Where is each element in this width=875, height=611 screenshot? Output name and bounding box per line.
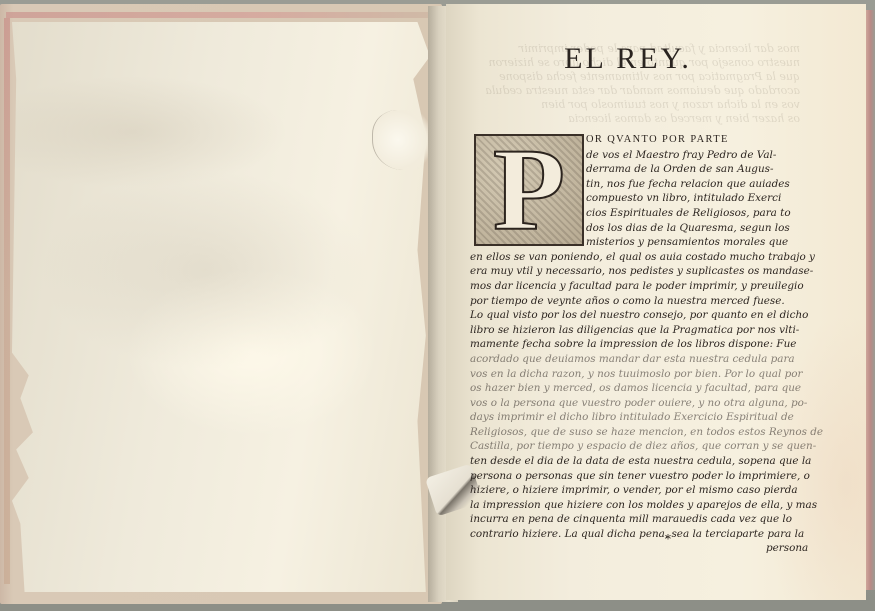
text-line: dos los dias de la Quaresma, segun los xyxy=(470,221,806,236)
text-line: contrario hiziere. La qual dicha pena, s… xyxy=(470,527,806,542)
text-line: ten desde el dia de la data de esta nues… xyxy=(470,454,806,469)
paper-stain xyxy=(40,170,370,370)
text-line: mamente fecha sobre la impression de los… xyxy=(470,337,806,352)
text-line: mos dar licencia y facultad para le pode… xyxy=(470,279,806,294)
text-line: Castilla, por tiempo y espacio de diez a… xyxy=(470,439,806,454)
text-line: por tiempo de veynte años o como la nues… xyxy=(470,294,806,309)
book-spread: mos dar licencia y facultad para le pode… xyxy=(0,0,875,611)
text-line: derrama de la Orden de san Augus- xyxy=(470,162,806,177)
page-fore-edge xyxy=(866,10,875,590)
text-line: libro se hizieron las diligencias que la… xyxy=(470,323,806,338)
catchword: persona xyxy=(766,542,808,554)
text-line: incurra en pena de cinquenta mill maraue… xyxy=(470,512,806,527)
text-line: de vos el Maestro fray Pedro de Val- xyxy=(470,148,806,163)
text-line: en ellos se van poniendo, el qual os aui… xyxy=(470,250,806,265)
text-line: tin, nos fue fecha relacion que auiades xyxy=(470,177,806,192)
privilege-text-block: OR QVANTO POR PARTE de vos el Maestro fr… xyxy=(470,133,806,542)
text-line: Religiosos, que de suso se haze mencion,… xyxy=(470,425,806,440)
text-line: hiziere, o hiziere imprimir, o vender, p… xyxy=(470,483,806,498)
text-line: vos en la dicha razon, y nos tuuimoslo p… xyxy=(470,367,806,382)
text-line: days imprimir el dicho libro intitulado … xyxy=(470,410,806,425)
text-line: era muy vtil y necessario, nos pedistes … xyxy=(470,264,806,279)
text-line: persona o personas que sin tener vuestro… xyxy=(470,469,806,484)
torn-paper-fragment xyxy=(372,110,435,170)
text-line: Lo qual visto por los del nuestro consej… xyxy=(470,308,806,323)
text-line: misterios y pensamientos morales que xyxy=(470,235,806,250)
text-line: la impression que hiziere con los moldes… xyxy=(470,498,806,513)
page-heading: EL REY. xyxy=(548,42,708,76)
signature-mark: * xyxy=(665,532,671,546)
text-line: OR QVANTO POR PARTE xyxy=(470,133,806,148)
text-line: os hazer bien y merced, os damos licenci… xyxy=(470,381,806,396)
text-line: acordado que deuiamos mandar dar esta nu… xyxy=(470,352,806,367)
text-line: vos o la persona que vuestro poder ouier… xyxy=(470,396,806,411)
text-line: compuesto vn libro, intitulado Exerci xyxy=(470,191,806,206)
text-line: cios Espirituales de Religiosos, para to xyxy=(470,206,806,221)
